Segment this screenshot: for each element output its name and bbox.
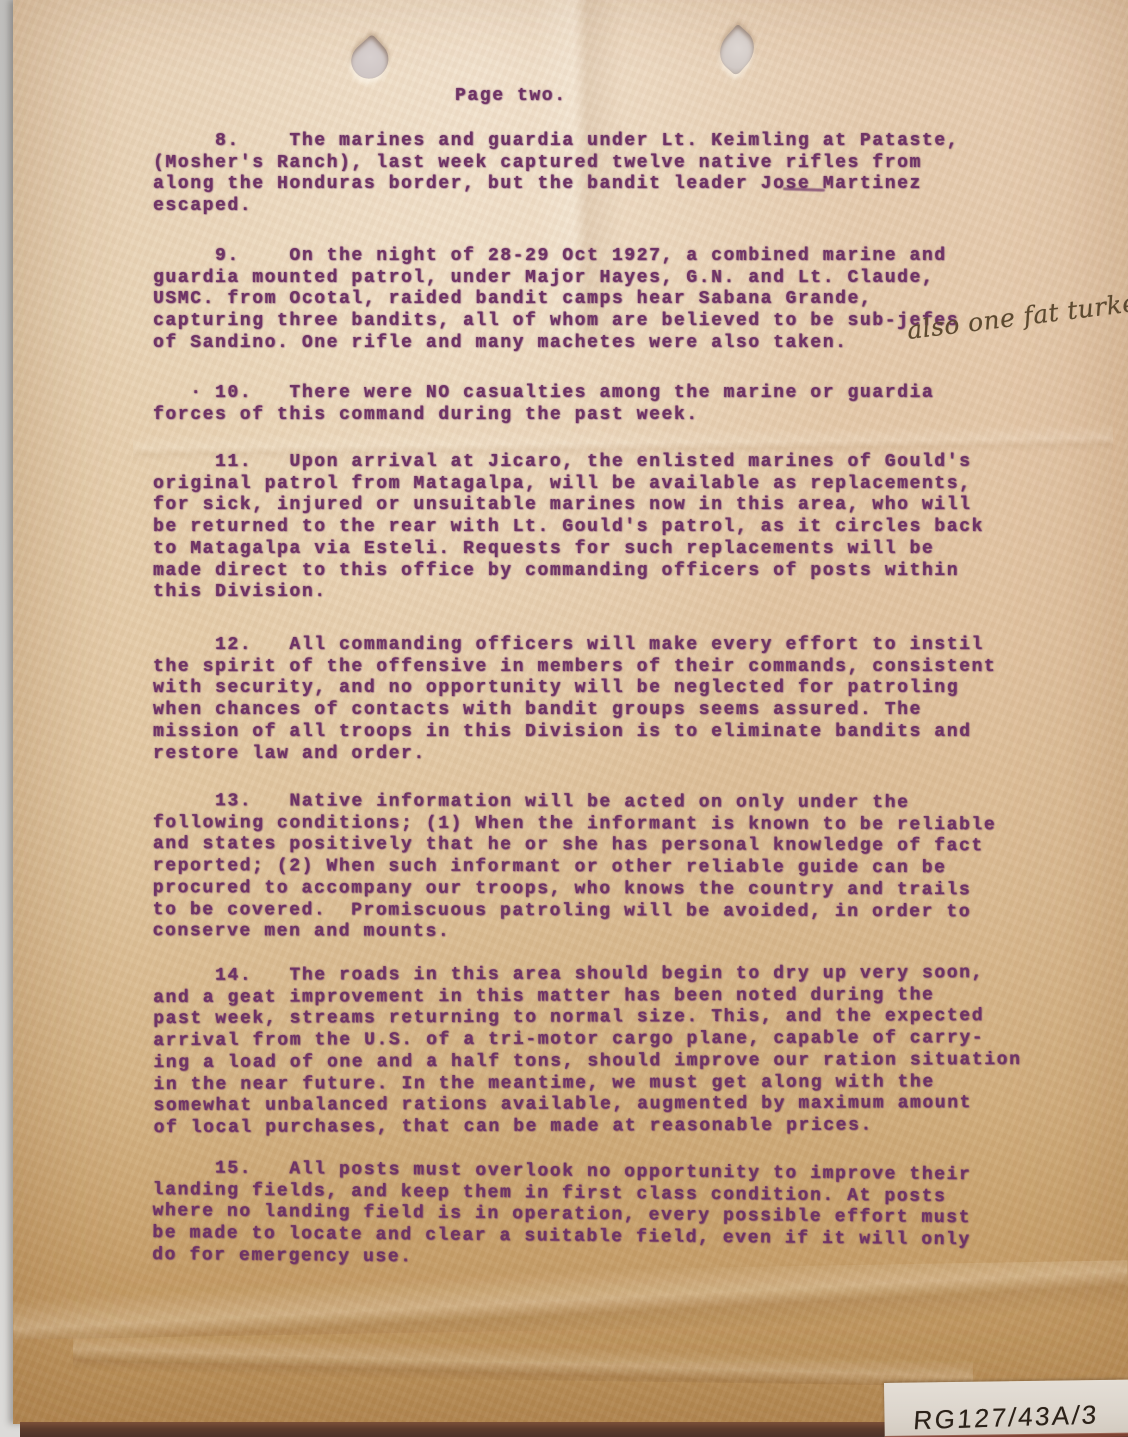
punch-hole-right — [711, 24, 763, 76]
typed-line: restore law and order. — [153, 744, 996, 766]
paragraph-12: 12. All commanding officers will make ev… — [153, 635, 996, 765]
typed-line: with security, and no opportunity will b… — [153, 678, 996, 700]
typed-line: guardia mounted patrol, under Major Haye… — [153, 268, 959, 290]
paragraph-13: 13. Native information will be acted on … — [153, 791, 997, 945]
typed-line: be returned to the rear with Lt. Gould's… — [153, 517, 984, 539]
typed-line: for sick, injured or unsuitable marines … — [153, 495, 984, 517]
typed-line: arrival from the U.S. of a tri-motor car… — [153, 1028, 1021, 1053]
typed-line: (Mosher's Ranch), last week captured twe… — [153, 153, 959, 175]
typed-line: along the Honduras border, but the bandi… — [153, 174, 959, 196]
typed-line: made direct to this office by commanding… — [153, 561, 984, 583]
typed-line: this Division. — [153, 582, 984, 604]
typed-line: somewhat unbalanced rations available, a… — [153, 1093, 1021, 1118]
paragraph-10: · 10. There were NO casualties among the… — [153, 383, 934, 426]
typed-line: past week, streams returning to normal s… — [153, 1006, 1021, 1031]
typed-line: conserve men and mounts. — [153, 921, 996, 945]
typed-line: USMC. from Ocotal, raided bandit camps h… — [153, 289, 959, 311]
paragraph-8: 8. The marines and guardia under Lt. Kei… — [153, 131, 959, 218]
paragraph-9: 9. On the night of 28-29 Oct 1927, a com… — [153, 246, 959, 355]
typed-line: to Matagalpa via Esteli. Requests for su… — [153, 539, 984, 561]
typed-line: 12. All commanding officers will make ev… — [153, 635, 996, 657]
typed-line: to be covered. Promiscuous patroling wil… — [153, 900, 996, 924]
typed-line: and states positively that he or she has… — [153, 834, 996, 858]
page-title: Page two. — [455, 86, 567, 108]
typed-line: capturing three bandits, all of whom are… — [153, 311, 959, 333]
photo-frame: Page two. 8. The marines and guardia und… — [0, 0, 1128, 1437]
typed-line: · 10. There were NO casualties among the… — [153, 383, 934, 405]
typed-line: procured to accompany our troops, who kn… — [153, 878, 996, 902]
typed-line: 8. The marines and guardia under Lt. Kei… — [153, 131, 959, 153]
typed-line: the spirit of the offensive in members o… — [153, 657, 996, 679]
paragraph-11: 11. Upon arrival at Jicaro, the enlisted… — [153, 452, 984, 604]
typed-line: original patrol from Matagalpa, will be … — [153, 474, 984, 496]
typed-line: 11. Upon arrival at Jicaro, the enlisted… — [153, 452, 984, 474]
paragraph-15: 15. All posts must overlook no opportuni… — [152, 1158, 971, 1274]
paragraph-14: 14. The roads in this area should begin … — [153, 963, 1022, 1140]
typed-line: of Sandino. One rifle and many machetes … — [153, 333, 959, 355]
typed-line: 13. Native information will be acted on … — [153, 791, 996, 815]
paper-crease — [73, 1334, 973, 1387]
archive-label-sticker: RG127/43A/3 — [884, 1380, 1128, 1437]
archive-label-text: RG127/43A/3 — [913, 1399, 1101, 1437]
typed-line: mission of all troops in this Division i… — [153, 722, 996, 744]
typed-line: 14. The roads in this area should begin … — [153, 963, 1021, 988]
typed-line: following conditions; (1) When the infor… — [153, 813, 996, 837]
document-page: Page two. 8. The marines and guardia und… — [13, 0, 1128, 1424]
typed-line: forces of this command during the past w… — [153, 405, 934, 427]
typed-line: ing a load of one and a half tons, shoul… — [153, 1050, 1021, 1075]
punch-hole-left — [344, 34, 396, 86]
typed-line: when chances of contacts with bandit gro… — [153, 700, 996, 722]
typed-line: escaped. — [153, 196, 959, 218]
typed-line: of local purchases, that can be made at … — [154, 1115, 1022, 1140]
typed-line: reported; (2) When such informant or oth… — [153, 856, 996, 880]
typed-line: 9. On the night of 28-29 Oct 1927, a com… — [153, 246, 959, 268]
